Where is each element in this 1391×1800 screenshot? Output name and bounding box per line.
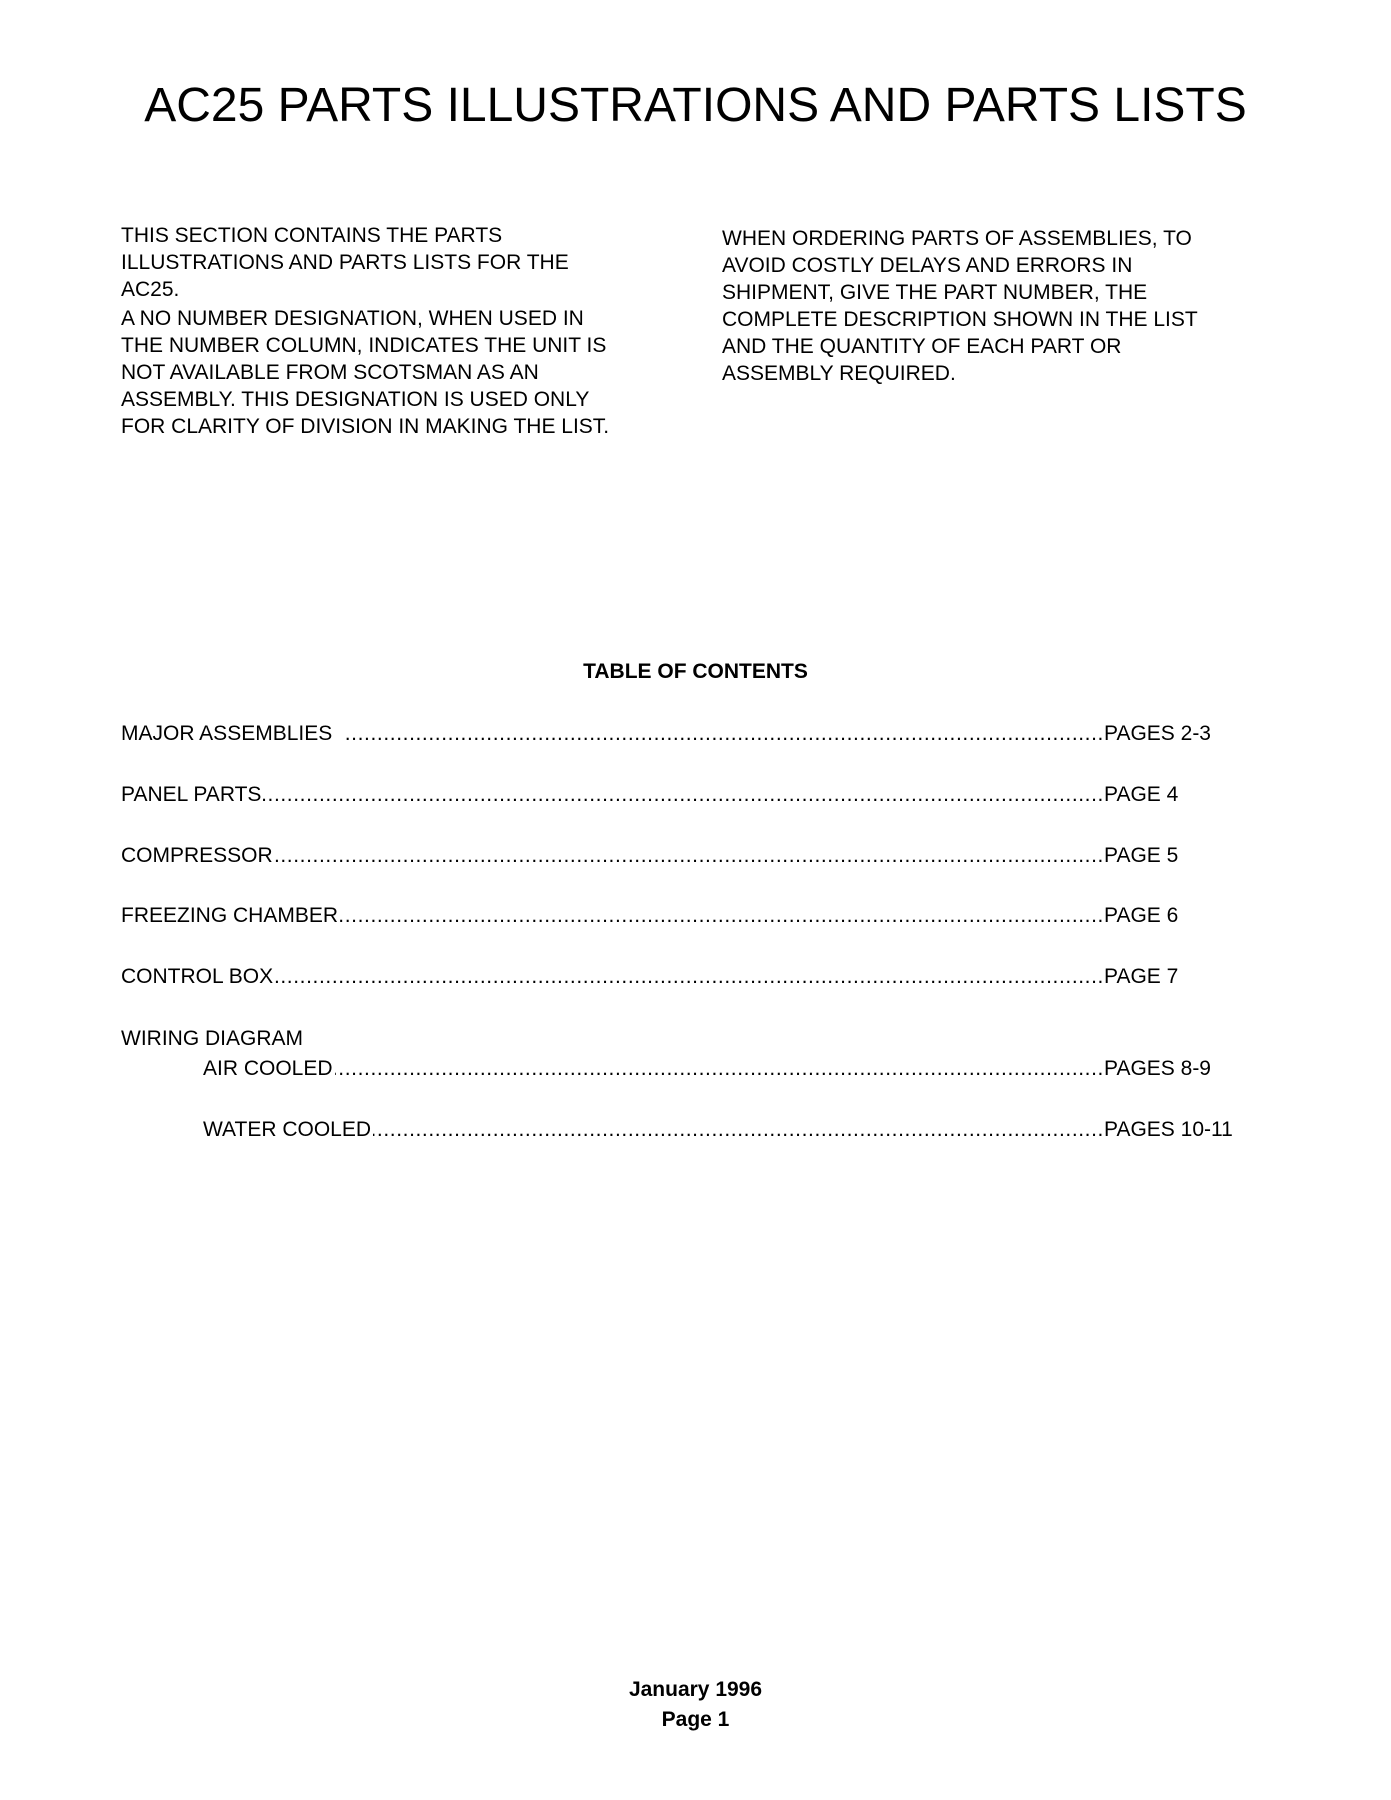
- toc-heading: TABLE OF CONTENTS: [0, 659, 1391, 685]
- intro-left-column: THIS SECTION CONTAINS THE PARTS ILLUSTRA…: [121, 222, 681, 440]
- toc-entry-compressor[interactable]: ........................................…: [121, 843, 1241, 869]
- toc-leader-dots: ........................................…: [344, 721, 1104, 747]
- toc-entry-panel-parts[interactable]: ........................................…: [121, 782, 1241, 808]
- toc-entry-page: PAGES 8-9: [1104, 1056, 1211, 1082]
- toc-entry-label: WIRING DIAGRAM: [121, 1026, 305, 1052]
- toc-entry-label: COMPRESSOR: [121, 843, 275, 869]
- toc-leader-dots: ........................................…: [335, 1056, 1104, 1082]
- toc-entry-label: PANEL PARTS: [121, 782, 263, 808]
- document-title: AC25 PARTS ILLUSTRATIONS AND PARTS LISTS: [0, 78, 1391, 134]
- toc-entry-page: PAGES 10-11: [1104, 1117, 1233, 1143]
- toc-leader-dots: ........................................…: [340, 903, 1104, 929]
- footer-page-number: Page 1: [0, 1705, 1391, 1735]
- toc-leader-dots: ........................................…: [373, 1117, 1104, 1143]
- toc-leader-dots: ........................................…: [275, 964, 1104, 990]
- toc-entry-page: PAGE 7: [1104, 964, 1178, 990]
- toc-entry-label: FREEZING CHAMBER: [121, 903, 340, 929]
- toc-entry-page: PAGES 2-3: [1104, 721, 1211, 747]
- toc-entry-freezing-chamber[interactable]: ........................................…: [121, 903, 1241, 929]
- toc-entry-major-assemblies[interactable]: ........................................…: [121, 721, 1241, 747]
- toc-section-wiring-diagram: WIRING DIAGRAM: [121, 1026, 1241, 1052]
- toc-entry-label: WATER COOLED: [203, 1117, 373, 1143]
- toc-entry-page: PAGE 5: [1104, 843, 1178, 869]
- intro-paragraph-section-contents: THIS SECTION CONTAINS THE PARTS ILLUSTRA…: [121, 222, 681, 303]
- toc-entry-water-cooled[interactable]: ........................................…: [121, 1117, 1241, 1143]
- intro-paragraph-ordering-instructions: WHEN ORDERING PARTS OF ASSEMBLIES, TO AV…: [722, 225, 1322, 387]
- toc-entry-control-box[interactable]: ........................................…: [121, 964, 1241, 990]
- toc-leader-dots: ........................................…: [263, 782, 1104, 808]
- toc-entry-label: MAJOR ASSEMBLIES: [121, 721, 334, 747]
- toc-entry-label: CONTROL BOX: [121, 964, 275, 990]
- footer-date: January 1996: [0, 1675, 1391, 1705]
- toc-entry-page: PAGE 4: [1104, 782, 1178, 808]
- toc-entry-air-cooled[interactable]: ........................................…: [121, 1056, 1241, 1082]
- toc-entry-page: PAGE 6: [1104, 903, 1178, 929]
- toc-leader-dots: ........................................…: [275, 843, 1104, 869]
- intro-paragraph-no-number-designation: A NO NUMBER DESIGNATION, WHEN USED IN TH…: [121, 305, 681, 440]
- intro-right-column: WHEN ORDERING PARTS OF ASSEMBLIES, TO AV…: [722, 225, 1322, 387]
- toc-entry-label: AIR COOLED: [203, 1056, 335, 1082]
